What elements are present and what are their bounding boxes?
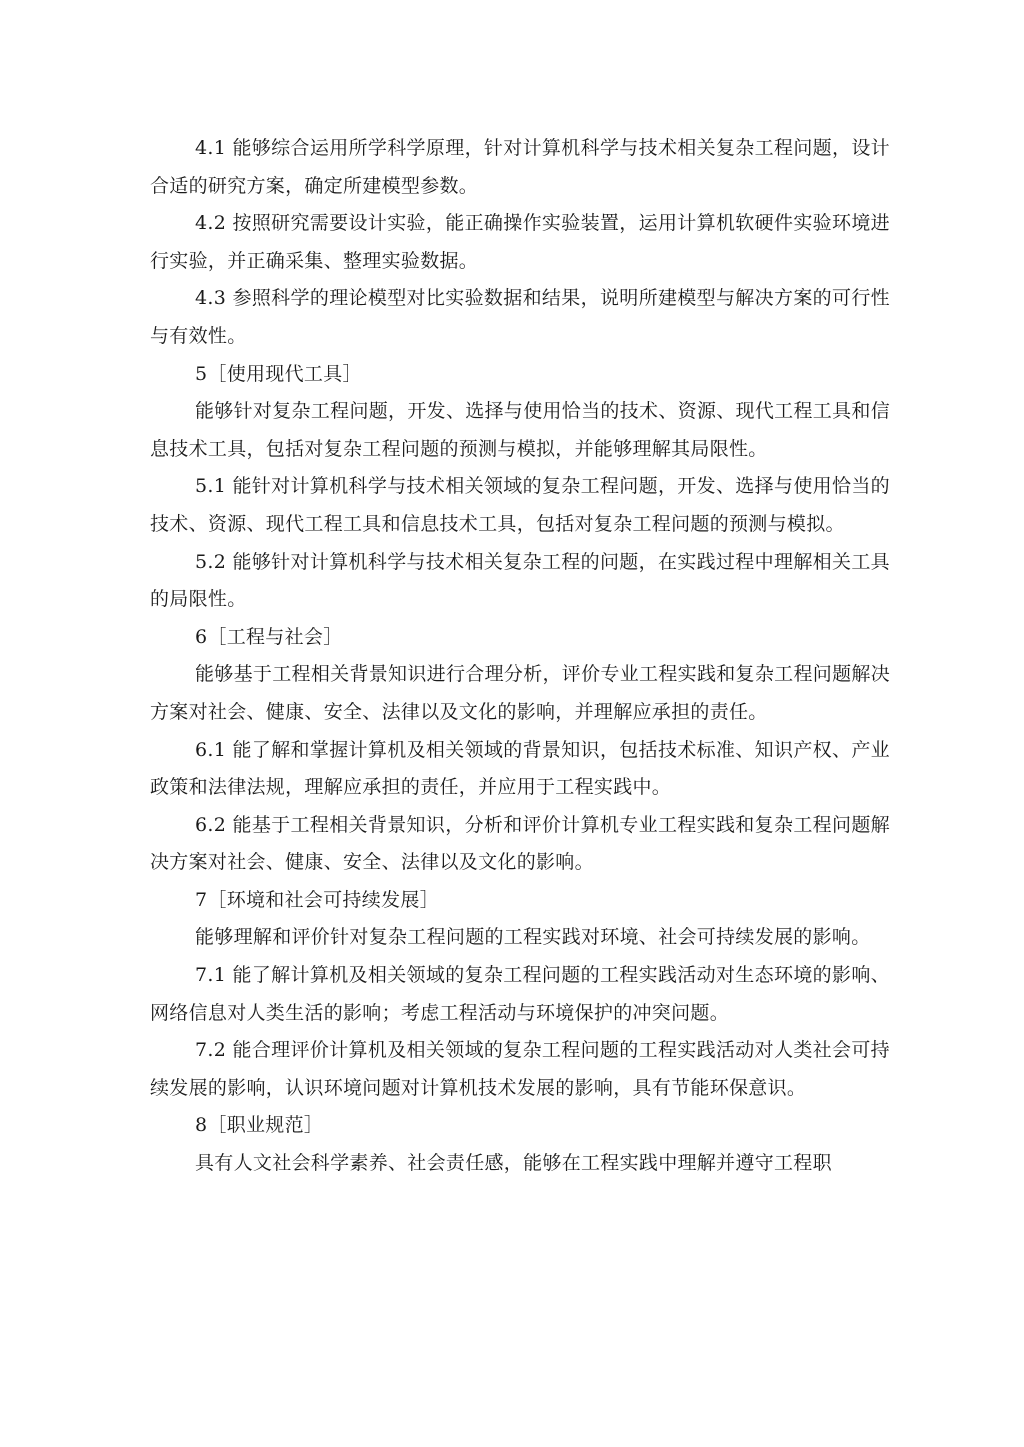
document-page: 4.1 能够综合运用所学科学原理，针对计算机科学与技术相关复杂工程问题，设计合适… (150, 130, 890, 1183)
paragraph-5-1: 5.1 能针对计算机科学与技术相关领域的复杂工程问题，开发、选择与使用恰当的技术… (150, 468, 890, 543)
section-heading-7: 7［环境和社会可持续发展］ (150, 882, 890, 920)
paragraph-4-1: 4.1 能够综合运用所学科学原理，针对计算机科学与技术相关复杂工程问题，设计合适… (150, 130, 890, 205)
paragraph-5-body: 能够针对复杂工程问题，开发、选择与使用恰当的技术、资源、现代工程工具和信息技术工… (150, 393, 890, 468)
paragraph-6-1: 6.1 能了解和掌握计算机及相关领域的背景知识，包括技术标准、知识产权、产业政策… (150, 732, 890, 807)
section-heading-5: 5［使用现代工具］ (150, 356, 890, 394)
section-heading-6: 6［工程与社会］ (150, 619, 890, 657)
paragraph-4-2: 4.2 按照研究需要设计实验，能正确操作实验装置，运用计算机软硬件实验环境进行实… (150, 205, 890, 280)
paragraph-6-2: 6.2 能基于工程相关背景知识，分析和评价计算机专业工程实践和复杂工程问题解决方… (150, 807, 890, 882)
paragraph-7-2: 7.2 能合理评价计算机及相关领域的复杂工程问题的工程实践活动对人类社会可持续发… (150, 1032, 890, 1107)
paragraph-7-body: 能够理解和评价针对复杂工程问题的工程实践对环境、社会可持续发展的影响。 (150, 919, 890, 957)
section-heading-8: 8［职业规范］ (150, 1107, 890, 1145)
paragraph-6-body: 能够基于工程相关背景知识进行合理分析，评价专业工程实践和复杂工程问题解决方案对社… (150, 656, 890, 731)
paragraph-4-3: 4.3 参照科学的理论模型对比实验数据和结果，说明所建模型与解决方案的可行性与有… (150, 280, 890, 355)
paragraph-8-body: 具有人文社会科学素养、社会责任感，能够在工程实践中理解并遵守工程职 (150, 1145, 890, 1183)
paragraph-7-1: 7.1 能了解计算机及相关领域的复杂工程问题的工程实践活动对生态环境的影响、网络… (150, 957, 890, 1032)
paragraph-5-2: 5.2 能够针对计算机科学与技术相关复杂工程的问题，在实践过程中理解相关工具的局… (150, 544, 890, 619)
